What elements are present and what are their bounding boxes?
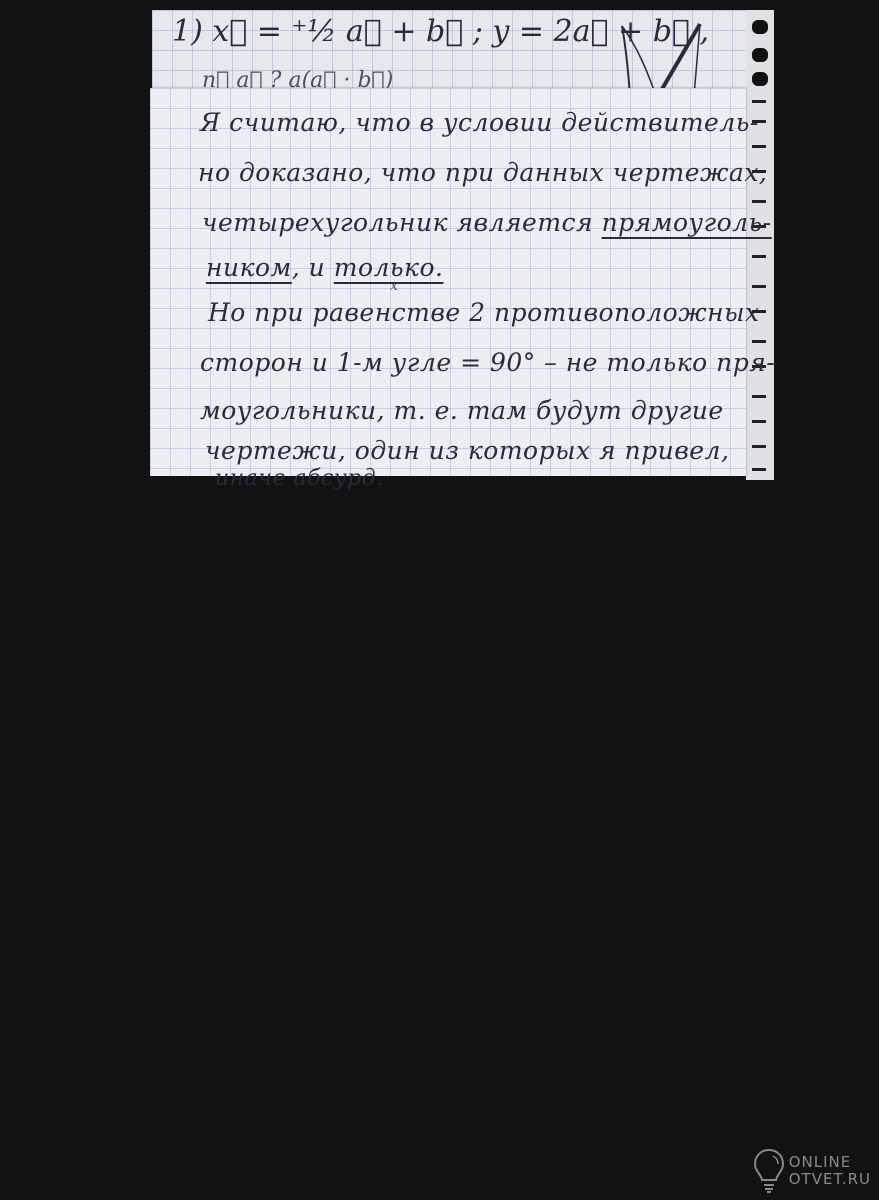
note-line-2: но доказано, что при данных чертежах, [198,158,767,187]
lightbulb-icon [753,1148,785,1194]
note-line-4: ником, и только. [206,253,443,282]
underlined-word-nikom: ником [206,253,292,282]
note-line-7: моугольники, т. е. там будут другие [200,396,724,425]
spiral-perforation [746,10,774,480]
note-line-6: сторон и 1-м угле = 90° – не только пря- [200,348,775,377]
watermark-line-1: ONLINE [789,1154,871,1171]
note-line-5: Но при равенстве 2 противоположных [208,298,760,327]
note-line-3: четырехугольник является прямоуголь- [202,208,772,237]
note-line-3-text: четырехугольник является [202,208,602,237]
underlined-word-rectangle: прямоуголь- [602,208,772,237]
note-line-8: чертежи, один из которых я привел, [205,436,729,465]
note-line-9: иначе абсурд. [215,466,384,491]
underlined-word-only: только. [334,253,444,282]
sketch-drawing [618,18,708,98]
watermark: ONLINE OTVET.RU [753,1148,871,1194]
handwritten-note-sheet: Я считаю, что в условии действитель- но … [150,88,746,476]
watermark-line-2: OTVET.RU [789,1171,871,1188]
note-line-1: Я считаю, что в условии действитель- [200,108,759,137]
insert-mark: x [390,278,398,294]
